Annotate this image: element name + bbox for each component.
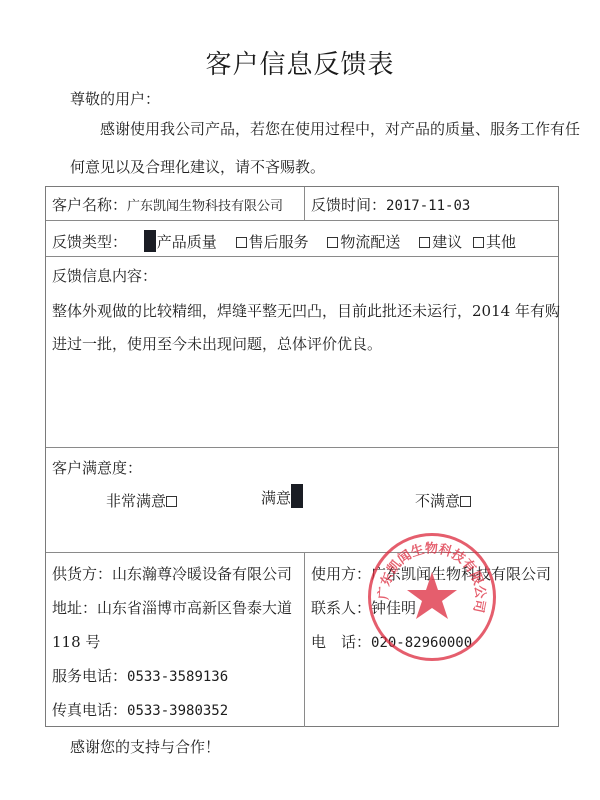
customer-name-value: 广东凯闻生物科技有限公司 (127, 199, 283, 214)
supplier-name-field: 供货方：山东瀚尊冷暖设备有限公司 (52, 563, 292, 584)
feedback-content-line-2: 进过一批，使用至今未出现问题，总体评价优良。 (52, 333, 382, 354)
feedback-type-option[interactable]: 其他 (473, 233, 516, 251)
customer-name-field: 客户名称：广东凯闻生物科技有限公司 (52, 194, 283, 215)
supplier-service-phone: 服务电话：0533-3589136 (52, 665, 228, 686)
salutation: 尊敬的用户： (70, 88, 160, 109)
satisfaction-option-very-satisfied[interactable]: 非常满意 (106, 490, 179, 511)
feedback-type-label: 反馈类型： (52, 233, 127, 251)
satisfaction-label: 客户满意度： (52, 457, 142, 478)
feedback-content-line-1: 整体外观做的比较精细，焊缝平整无凹凸，目前此批还未运行，2014 年有购 (52, 300, 560, 321)
satisfaction-option-satisfied[interactable]: 满意 (261, 484, 304, 508)
company-seal-stamp: 广东凯闻生物科技有限公司 (368, 533, 496, 661)
checkbox-checked[interactable] (291, 484, 303, 508)
feedback-type-option[interactable]: 售后服务 (236, 233, 309, 251)
intro-line-2: 何意见以及合理化建议，请不吝赐教。 (70, 148, 325, 186)
customer-name-label: 客户名称： (52, 196, 127, 214)
feedback-time-value: 2017-11-03 (386, 198, 470, 214)
intro-line-1: 感谢使用我公司产品，若您在使用过程中，对产品的质量、服务工作有任 (100, 110, 580, 148)
feedback-type-option[interactable]: 物流配送 (327, 233, 400, 251)
satisfaction-option-dissatisfied[interactable]: 不满意 (415, 490, 473, 511)
supplier-fax: 传真电话：0533-3980352 (52, 699, 228, 720)
column-divider (304, 187, 305, 220)
checkbox-unchecked[interactable] (166, 496, 177, 507)
supplier-address-line-2: 118 号 (52, 631, 100, 652)
seal-star-icon: 广东凯闻生物科技有限公司 (371, 536, 493, 658)
feedback-type-option[interactable]: 产品质量 (144, 233, 217, 251)
feedback-type-option[interactable]: 建议 (419, 233, 462, 251)
checkbox-checked[interactable] (144, 230, 156, 252)
checkbox-unchecked[interactable] (473, 237, 484, 248)
document-title: 客户信息反馈表 (0, 44, 600, 81)
feedback-type-field: 反馈类型： 产品质量 售后服务 物流配送 建议 其他 (52, 230, 530, 252)
checkbox-unchecked[interactable] (460, 496, 471, 507)
feedback-time-label: 反馈时间： (311, 196, 386, 214)
row-divider (46, 220, 558, 221)
column-divider (304, 552, 305, 727)
checkbox-unchecked[interactable] (327, 237, 338, 248)
row-divider (46, 447, 558, 448)
feedback-time-field: 反馈时间：2017-11-03 (311, 194, 470, 215)
checkbox-unchecked[interactable] (419, 237, 430, 248)
feedback-content-label: 反馈信息内容： (52, 265, 157, 286)
row-divider (46, 256, 558, 257)
closing-note: 感谢您的支持与合作！ (70, 736, 220, 757)
supplier-address-field: 地址：山东省淄博市高新区鲁泰大道 (52, 597, 292, 618)
checkbox-unchecked[interactable] (236, 237, 247, 248)
